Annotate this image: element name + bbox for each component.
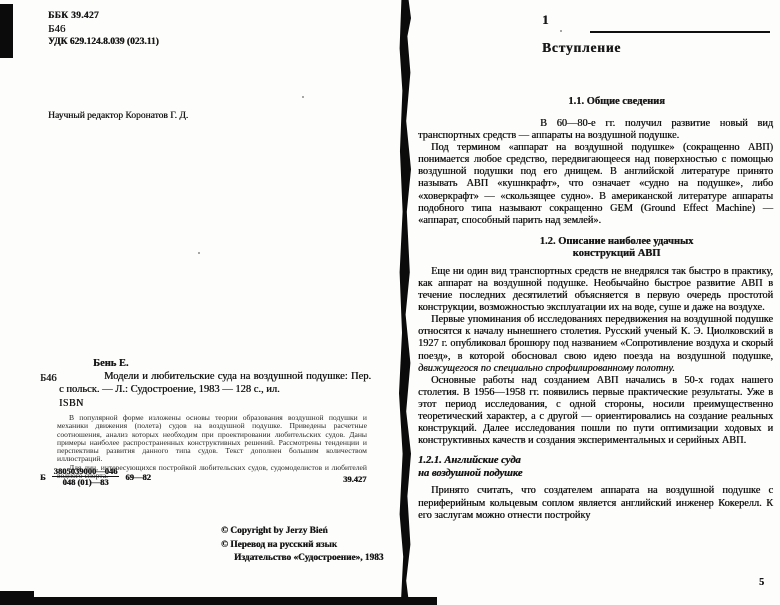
catalog-card-author: Бень Е. (93, 358, 128, 369)
section-1-1-paragraph-2: Под термином «аппарат на воздушной подуш… (418, 142, 773, 227)
scan-black-blob-bottom-left (0, 591, 34, 605)
scanned-book-spread: { "colors": { "ink": "#181818", "paper":… (0, 0, 780, 605)
imprint-fraction: 3805039000—046 048 (01)—83 (52, 466, 120, 487)
scan-black-bar-bottom (0, 597, 437, 605)
section-1-1-paragraph-1: В 60—80-е гг. получил развитие новый вид… (418, 118, 773, 142)
scan-speck (198, 252, 200, 254)
classification-codes: ББК 39.427 Б46 УДК 629.124.8.039 (023.11… (48, 10, 159, 49)
imprint-prefix: Б (40, 472, 46, 482)
page-number: 5 (759, 577, 764, 588)
section-1-2-heading-line2: конструкций АВП (460, 248, 773, 261)
copyright-block: © Copyright by Jerzy Bień © Перевод на р… (221, 525, 383, 566)
imprint-numerator: 3805039000—046 (52, 466, 120, 477)
imprint-denominator: 048 (01)—83 (52, 477, 120, 487)
author-sign: Б46 (48, 23, 159, 36)
section-1-2-paragraph-3: Основные работы над созданием АВП начали… (418, 375, 773, 448)
paragraph-2-normal-text: Первые упоминания об исследованиях перед… (418, 314, 773, 361)
catalog-card-entry: Модели и любительские суда на воздушной … (59, 371, 371, 396)
copyright-publisher: Издательство «Судостроение», 1983 (221, 552, 383, 566)
subsection-heading-line1: 1.2.1. Английские суда (418, 455, 773, 468)
right-page: 1 Вступление 1.1. Общие сведения В 60—80… (418, 12, 773, 522)
science-editor-line: Научный редактор Коронатов Г. Д. (48, 111, 188, 121)
section-1-2-heading: 1.2. Описание наиболее удачных конструкц… (418, 236, 773, 261)
copyright-original: © Copyright by Jerzy Bień (221, 525, 383, 539)
isbn-line: ISBN (59, 398, 84, 409)
paragraph-2-italic-text: движущегося по специально спрофилированн… (418, 363, 675, 374)
udk-code: УДК 629.124.8.039 (023.11) (48, 36, 159, 49)
section-1-2-paragraph-2: Первые упоминания об исследованиях перед… (418, 314, 773, 374)
section-1-2-paragraph-1: Еще ни один вид транспортных средств не … (418, 266, 773, 314)
book-spine-gutter-shadow (399, 0, 411, 605)
copyright-translation: © Перевод на русский язык (221, 539, 383, 553)
imprint-suffix: 69—82 (125, 472, 151, 482)
section-1-1-heading: 1.1. Общие сведения (418, 96, 773, 107)
catalog-card-code: Б46 (40, 373, 57, 384)
subsection-1-2-1-heading: 1.2.1. Английские суда на воздушной поду… (418, 455, 773, 480)
subsection-heading-line2: на воздушной подушке (418, 468, 773, 481)
scan-black-bar-top-left (0, 4, 13, 58)
scan-speck (302, 96, 304, 98)
imprint-formula: Б 3805039000—046 048 (01)—83 69—82 (40, 466, 151, 487)
bbk-code: ББК 39.427 (48, 10, 159, 23)
chapter-number: 1 (542, 12, 773, 28)
chapter-title: Вступление (542, 40, 773, 56)
annotation-paragraph: В популярной форме изложены основы теори… (57, 414, 367, 464)
chapter-header-rule (590, 31, 770, 33)
imprint-bbk-right: 39.427 (343, 474, 366, 484)
section-1-2-heading-line1: 1.2. Описание наиболее удачных (460, 236, 773, 249)
subsection-1-2-1-paragraph-1: Принято считать, что создателем аппарата… (418, 485, 773, 521)
